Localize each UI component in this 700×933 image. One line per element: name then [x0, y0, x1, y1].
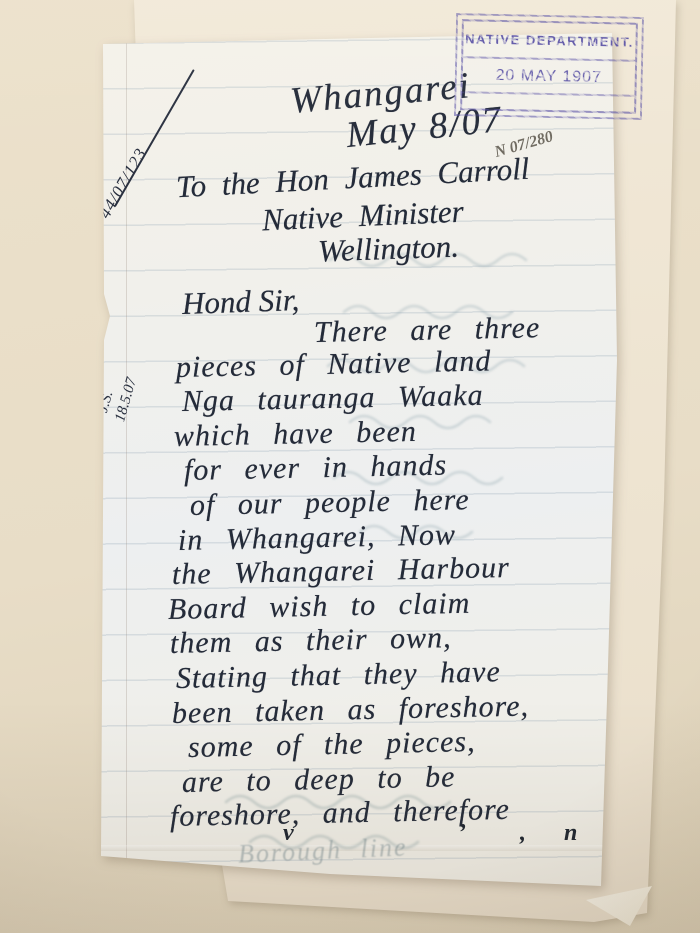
recipient-city-line: Wellington. — [317, 229, 459, 270]
body-line: foreshore, and therefore — [170, 793, 541, 835]
stray-ink-mark: , — [520, 820, 526, 847]
stamp-inner-border: NATIVE DEPARTMENT. 20 MAY 1907 — [460, 19, 638, 114]
letter-sheet: Whangarei May 8/07 N 07/280 To the Hon J… — [0, 0, 700, 933]
stray-ink-mark: n — [564, 820, 577, 847]
letter-sheet-wrap: Whangarei May 8/07 N 07/280 To the Hon J… — [0, 0, 700, 933]
stamp-date: 20 MAY 1907 — [462, 58, 635, 97]
clerk-note-line: Mr Fisher — [72, 359, 107, 423]
stamp-department-name: NATIVE DEPARTMENT. — [463, 21, 636, 62]
letter-photograph: Whangarei May 8/07 N 07/280 To the Hon J… — [0, 0, 700, 933]
stray-ink-mark: ’ — [458, 820, 466, 847]
native-department-date-stamp: NATIVE DEPARTMENT. 20 MAY 1907 — [454, 13, 644, 120]
letter-body: There are three pieces of Native land Ng… — [162, 316, 540, 835]
